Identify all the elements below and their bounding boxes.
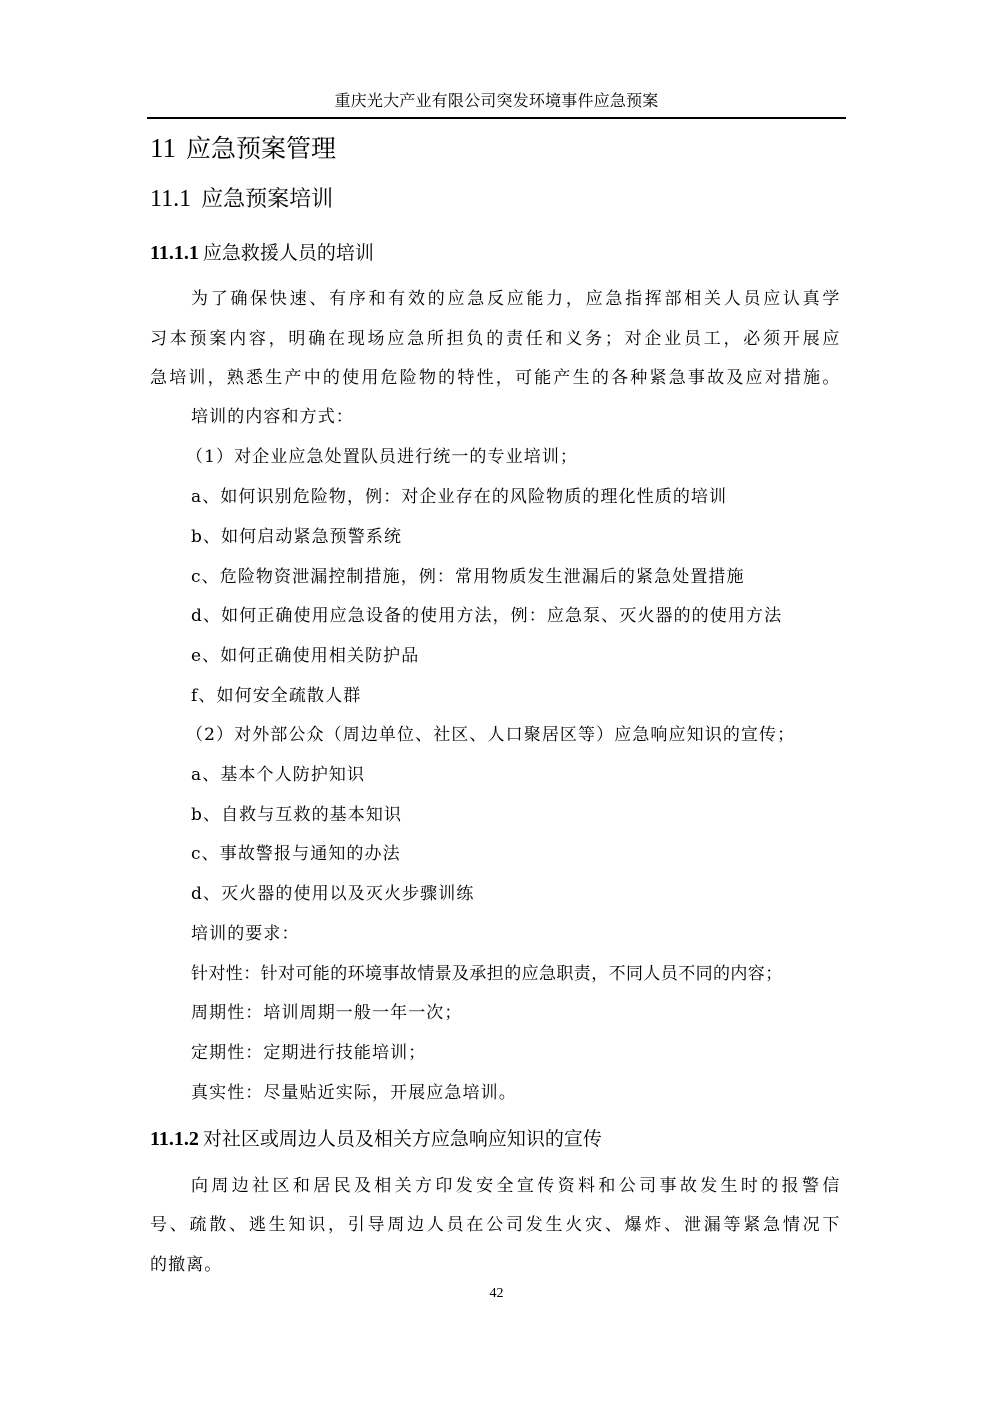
paragraph-line: 号、疏散、逃生知识，引导周边人员在公司发生火灾、爆炸、泄漏等紧急情况下: [150, 1212, 840, 1238]
chapter-title: 应急预案管理: [186, 134, 336, 163]
list-item: d、灭火器的使用以及灭火步骤训练: [191, 881, 474, 907]
subsection-number: 11.1.1: [150, 242, 199, 264]
subsection-heading-1: 11.1.1应急救援人员的培训: [150, 238, 374, 268]
subsection-number: 11.1.2: [150, 1128, 199, 1150]
list-item: c、事故警报与通知的办法: [191, 841, 401, 867]
content-heading: 培训的内容和方式：: [191, 404, 354, 430]
subsection-title: 对社区或周边人员及相关方应急响应知识的宣传: [203, 1128, 602, 1150]
paragraph-line: 为了确保快速、有序和有效的应急反应能力，应急指挥部相关人员应认真学: [191, 286, 840, 312]
list-item: a、如何识别危险物，例：对企业存在的风险物质的理化性质的培训: [191, 484, 727, 510]
requirement-item: 定期性：定期进行技能培训；: [191, 1040, 426, 1066]
requirements-heading: 培训的要求：: [191, 921, 300, 947]
list-item: d、如何正确使用应急设备的使用方法，例：应急泵、灭火器的的使用方法: [191, 603, 782, 629]
page-number: 42: [147, 1285, 846, 1303]
group-title: （1）对企业应急处置队员进行统一的专业培训；: [186, 444, 578, 470]
requirement-item: 真实性：尽量贴近实际，开展应急培训。: [191, 1080, 517, 1106]
section-heading: 11.1应急预案培训: [150, 182, 333, 217]
list-item: c、危险物资泄漏控制措施，例：常用物质发生泄漏后的紧急处置措施: [191, 564, 745, 590]
paragraph-line: 急培训，熟悉生产中的使用危险物的特性，可能产生的各种紧急事故及应对措施。: [150, 365, 840, 391]
section-title: 应急预案培训: [201, 187, 333, 212]
requirement-item: 针对性：针对可能的环境事故情景及承担的应急职责，不同人员不同的内容；: [191, 961, 783, 987]
paragraph-line: 向周边社区和居民及相关方印发安全宣传资料和公司事故发生时的报警信: [191, 1173, 840, 1199]
group-title: （2）对外部公众（周边单位、社区、人口聚居区等）应急响应知识的宣传；: [186, 722, 795, 748]
section-number: 11.1: [150, 186, 191, 212]
subsection-title: 应急救援人员的培训: [203, 242, 374, 264]
list-item: f、如何安全疏散人群: [191, 683, 361, 709]
list-item: a、基本个人防护知识: [191, 762, 365, 788]
paragraph-line: 的撤离。: [150, 1252, 222, 1278]
subsection-heading-2: 11.1.2对社区或周边人员及相关方应急响应知识的宣传: [150, 1124, 602, 1154]
header-rule: [147, 117, 846, 119]
paragraph-line: 习本预案内容，明确在现场应急所担负的责任和义务；对企业员工，必须开展应: [150, 326, 840, 352]
chapter-heading: 11应急预案管理: [150, 130, 336, 167]
list-item: b、自救与互救的基本知识: [191, 802, 402, 828]
chapter-number: 11: [150, 133, 176, 163]
list-item: b、如何启动紧急预警系统: [191, 524, 402, 550]
requirement-item: 周期性：培训周期一般一年一次；: [191, 1000, 463, 1026]
list-item: e、如何正确使用相关防护品: [191, 643, 419, 669]
running-header: 重庆光大产业有限公司突发环境事件应急预案: [147, 90, 846, 112]
